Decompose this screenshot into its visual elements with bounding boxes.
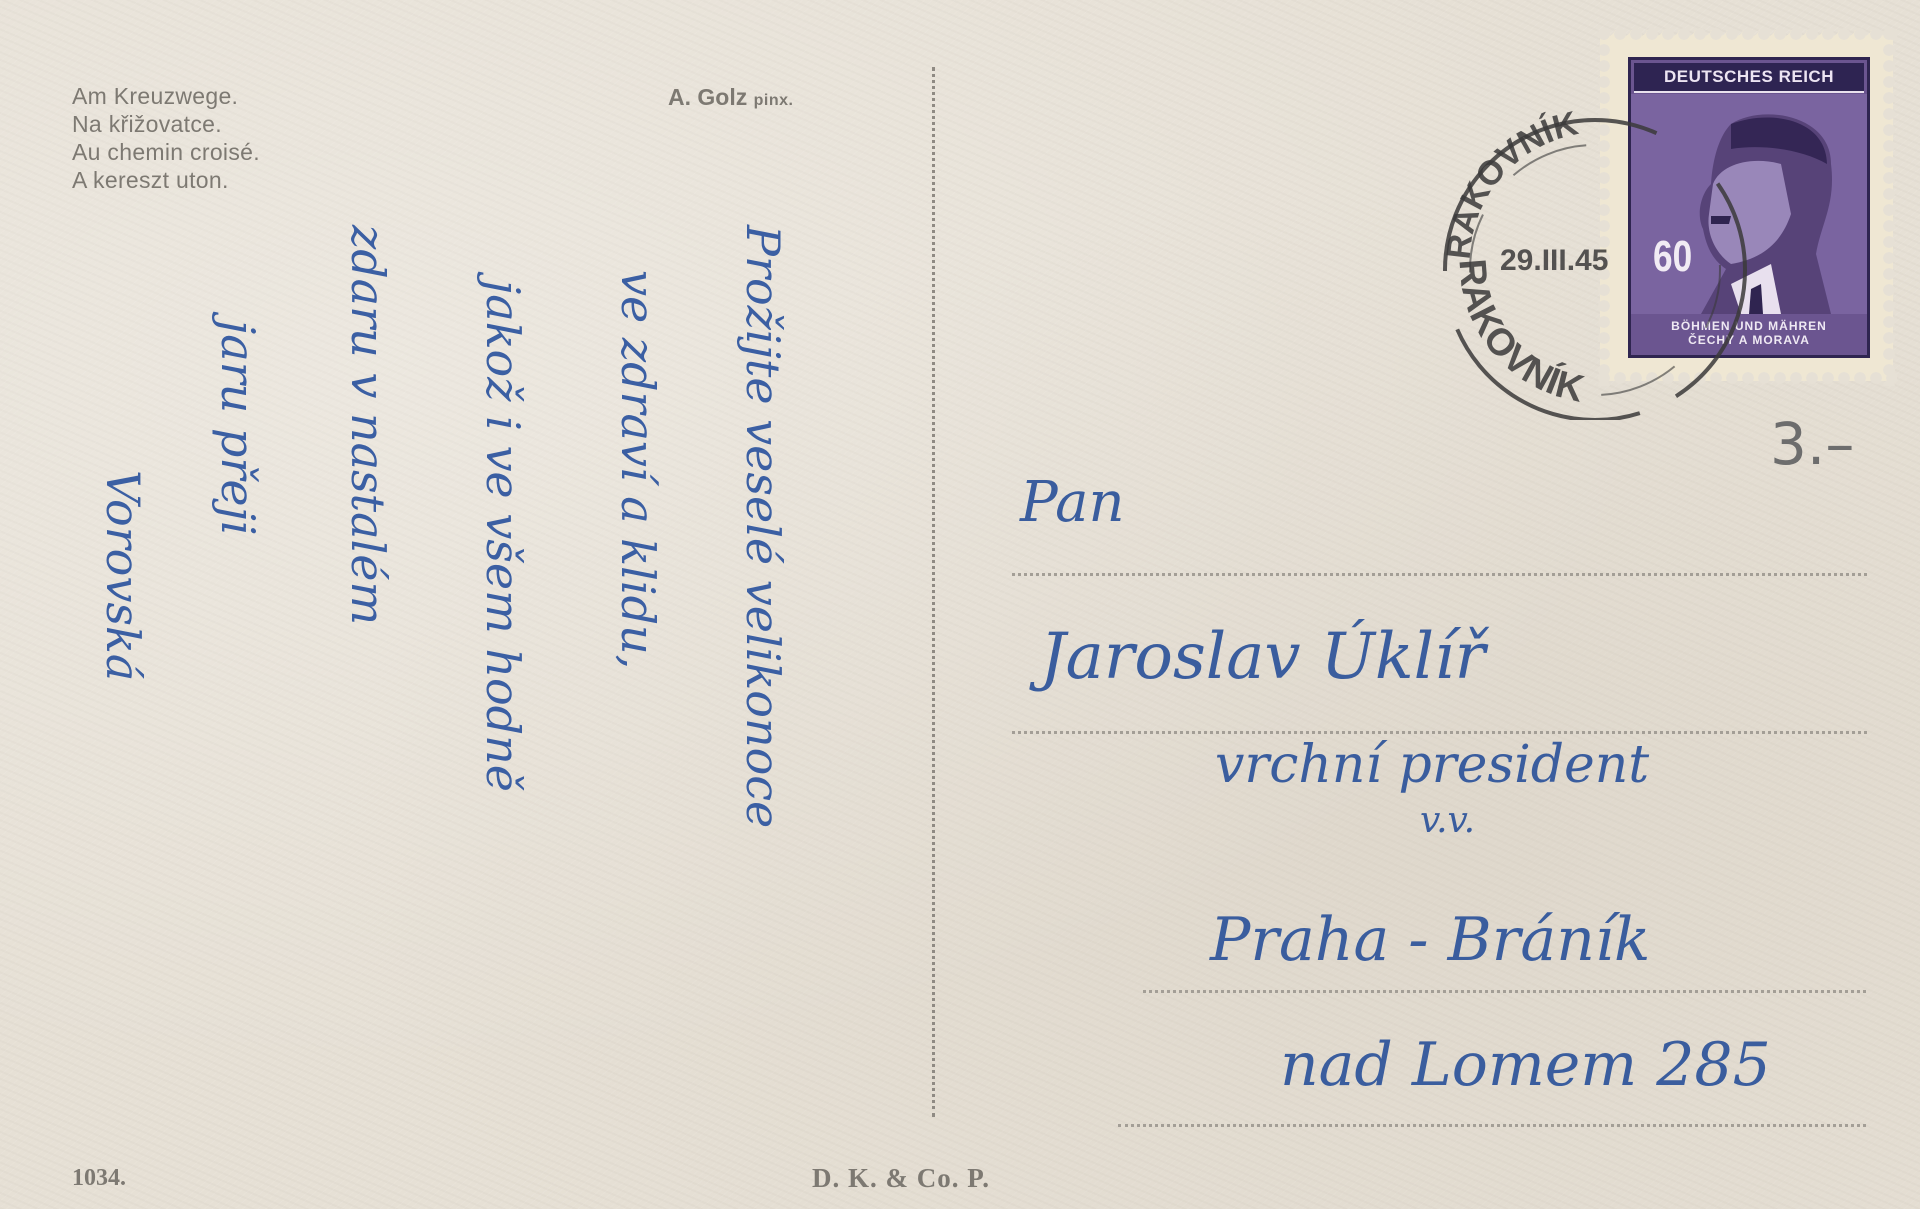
stamp-footer-czech: ČECHY A MORAVA xyxy=(1631,333,1867,347)
message-line-1: Prožijte veselé velikonoce xyxy=(736,225,790,828)
svg-text:RAKOVNÍK: RAKOVNÍK xyxy=(1440,110,1582,261)
message-line-2: ve zdraví a klidu, xyxy=(611,270,665,669)
address-street: nad Lomem 285 xyxy=(1280,1030,1771,1100)
title-czech: Na křižovatce. xyxy=(72,110,260,138)
publisher-mark: D. K. & Co. P. xyxy=(812,1163,990,1194)
address-salutation: Pan xyxy=(1020,470,1125,535)
pencil-mark: 3.– xyxy=(1770,410,1854,478)
title-french: Au chemin croisé. xyxy=(72,138,260,166)
postmark-date: 29.III.45 xyxy=(1500,244,1608,277)
artist-name: A. Golz xyxy=(668,84,747,110)
address-line-2 xyxy=(1012,731,1867,734)
svg-text:RAKOVNÍK: RAKOVNÍK xyxy=(1450,257,1588,411)
stamp-frame: DEUTSCHES REICH 60 BÖHMEN UND MÄHREN ČEC… xyxy=(1628,57,1870,358)
postmark-town-bottom: RAKOVNÍK xyxy=(1450,257,1588,411)
address-title: vrchní president xyxy=(1215,735,1649,795)
printed-title: Am Kreuzwege. Na křižovatce. Au chemin c… xyxy=(72,82,260,194)
postcard-back: Am Kreuzwege. Na křižovatce. Au chemin c… xyxy=(0,0,1920,1209)
card-number: 1034. xyxy=(72,1165,126,1192)
postage-stamp: DEUTSCHES REICH 60 BÖHMEN UND MÄHREN ČEC… xyxy=(1600,30,1893,382)
center-divider xyxy=(932,67,935,1117)
message-line-3: jakož i ve všem hodně xyxy=(476,280,530,792)
artist-credit: A. Golz pinx. xyxy=(668,84,793,111)
address-title-suffix: v.v. xyxy=(1420,800,1475,841)
address-line-4 xyxy=(1118,1124,1866,1127)
stamp-header: DEUTSCHES REICH xyxy=(1634,63,1864,93)
address-city: Praha - Bráník xyxy=(1210,905,1650,975)
message-line-5: jaru přeji xyxy=(211,320,265,536)
stamp-footer-german: BÖHMEN UND MÄHREN xyxy=(1631,319,1867,333)
address-name: Jaroslav Úklíř xyxy=(1040,620,1485,694)
title-german: Am Kreuzwege. xyxy=(72,82,260,110)
message-line-4: zdaru v nastalém xyxy=(341,225,395,625)
address-line-1 xyxy=(1012,573,1867,576)
message-signature: Vorovská xyxy=(96,470,150,681)
address-line-3 xyxy=(1143,990,1866,993)
artist-suffix: pinx. xyxy=(754,92,794,109)
stamp-value: 60 xyxy=(1653,232,1692,282)
stamp-footer: BÖHMEN UND MÄHREN ČECHY A MORAVA xyxy=(1631,319,1867,347)
postmark-town-top: RAKOVNÍK xyxy=(1440,110,1582,261)
title-hungarian: A kereszt uton. xyxy=(72,166,260,194)
